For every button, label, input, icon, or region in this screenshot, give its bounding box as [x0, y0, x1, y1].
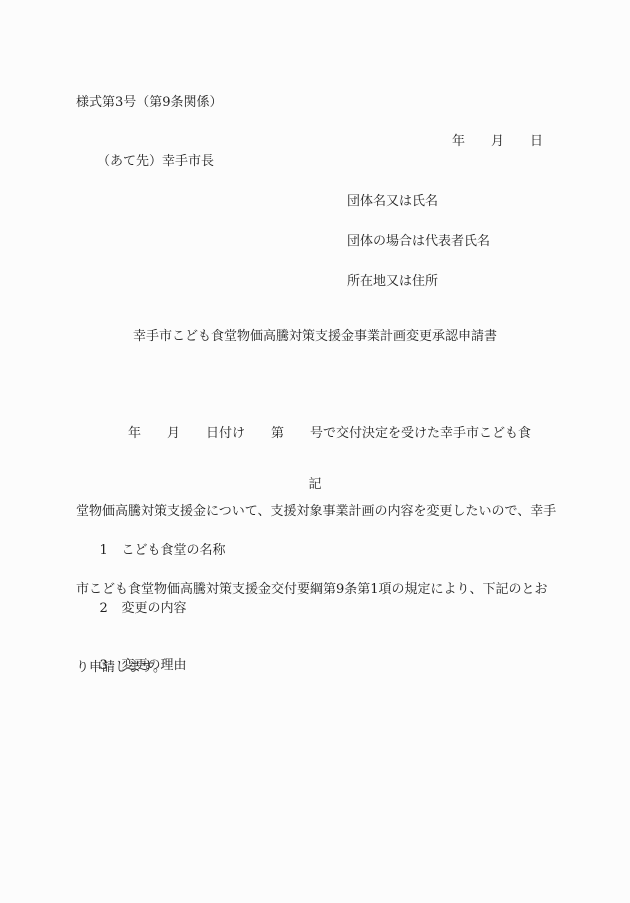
record-heading: 記	[0, 472, 630, 498]
addressee-line: （あて先）幸手市長	[97, 149, 214, 175]
item-label: こども食堂の名称	[122, 543, 226, 558]
body-line-1: 年 月 日付け 第 号で交付決定を受けた幸手市こども食	[76, 421, 558, 447]
form-number: 様式第3号（第9条関係）	[76, 90, 223, 116]
item-number: 1	[100, 538, 122, 564]
document-title: 幸手市こども食堂物価高騰対策支援金事業計画変更承認申請書	[0, 324, 630, 350]
item-label: 変更の理由	[122, 658, 187, 673]
item-number: 3	[100, 653, 122, 679]
item-number: 2	[100, 596, 122, 622]
field-address: 所在地又は住所	[347, 269, 438, 295]
date-line: 年 月 日	[452, 129, 543, 155]
list-item-change-reason: 3変更の理由	[83, 627, 187, 705]
field-organization-or-name: 団体名又は氏名	[347, 189, 438, 215]
application-form-page: 様式第3号（第9条関係） 年 月 日 （あて先）幸手市長 団体名又は氏名 団体の…	[0, 0, 630, 903]
field-representative-name: 団体の場合は代表者氏名	[347, 229, 490, 255]
item-label: 変更の内容	[122, 601, 187, 616]
